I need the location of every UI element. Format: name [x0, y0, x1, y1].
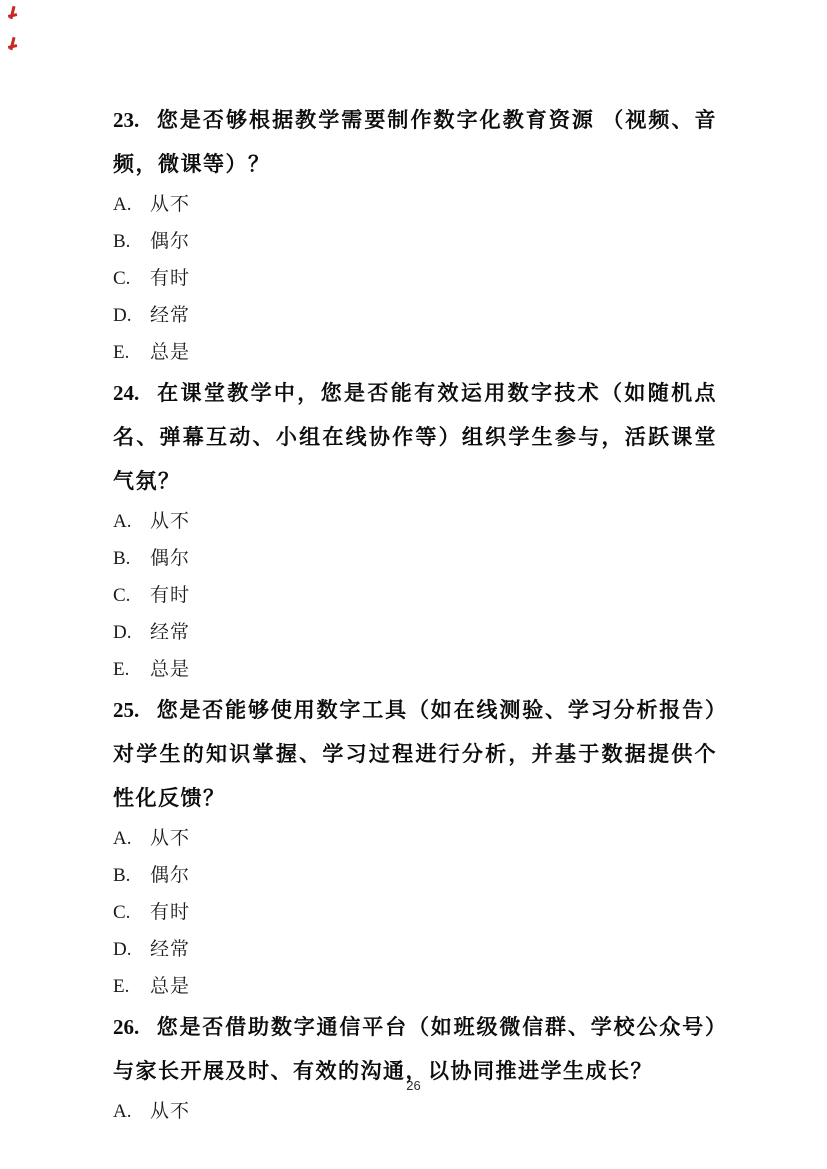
answer-option: A.从不 — [113, 503, 717, 540]
option-list: A.从不 B.偶尔 C.有时 D.经常 E.总是 — [113, 186, 717, 371]
question-block: 23.您是否够根据教学需要制作数字化教育资源 （视频、音频，微课等）？ A.从不… — [113, 98, 717, 371]
question-text: 24.在课堂教学中，您是否能有效运用数字技术（如随机点名、弹幕互动、小组在线协作… — [113, 371, 717, 503]
question-block: 26.您是否借助数字通信平台（如班级微信群、学校公众号）与家长开展及时、有效的沟… — [113, 1005, 717, 1130]
option-letter: D. — [113, 614, 150, 651]
answer-option: E.总是 — [113, 651, 717, 688]
answer-option: B.偶尔 — [113, 540, 717, 577]
option-letter: A. — [113, 186, 150, 223]
answer-option: C.有时 — [113, 894, 717, 931]
red-pen-mark — [6, 5, 20, 21]
option-label: 偶尔 — [150, 231, 190, 252]
option-letter: E. — [113, 334, 150, 371]
option-label: 经常 — [150, 622, 190, 643]
option-letter: A. — [113, 1093, 150, 1130]
question-block: 25.您是否能够使用数字工具（如在线测验、学习分析报告）对学生的知识掌握、学习过… — [113, 688, 717, 1005]
option-list: A.从不 B.偶尔 C.有时 D.经常 E.总是 — [113, 820, 717, 1005]
answer-option: D.经常 — [113, 297, 717, 334]
option-label: 总是 — [150, 659, 190, 680]
question-body: 在课堂教学中，您是否能有效运用数字技术（如随机点名、弹幕互动、小组在线协作等）组… — [113, 381, 717, 493]
option-label: 经常 — [150, 939, 190, 960]
answer-option: B.偶尔 — [113, 857, 717, 894]
page-number: 26 — [0, 1078, 827, 1093]
option-letter: A. — [113, 820, 150, 857]
option-label: 偶尔 — [150, 865, 190, 886]
question-number: 25. — [113, 698, 139, 722]
option-letter: B. — [113, 857, 150, 894]
option-letter: D. — [113, 931, 150, 968]
option-label: 有时 — [150, 268, 190, 289]
question-body: 您是否能够使用数字工具（如在线测验、学习分析报告）对学生的知识掌握、学习过程进行… — [113, 698, 717, 810]
option-label: 有时 — [150, 902, 190, 923]
answer-option: E.总是 — [113, 334, 717, 371]
document-page: 23.您是否够根据教学需要制作数字化教育资源 （视频、音频，微课等）？ A.从不… — [0, 0, 827, 1169]
question-number: 24. — [113, 381, 139, 405]
option-label: 有时 — [150, 585, 190, 606]
option-list: A.从不 B.偶尔 C.有时 D.经常 E.总是 — [113, 503, 717, 688]
question-body: 您是否够根据教学需要制作数字化教育资源 （视频、音频，微课等）？ — [113, 108, 717, 176]
option-label: 从不 — [150, 194, 190, 215]
question-block: 24.在课堂教学中，您是否能有效运用数字技术（如随机点名、弹幕互动、小组在线协作… — [113, 371, 717, 688]
questionnaire-content: 23.您是否够根据教学需要制作数字化教育资源 （视频、音频，微课等）？ A.从不… — [113, 98, 717, 1130]
question-number: 23. — [113, 108, 139, 132]
answer-option: A.从不 — [113, 1093, 717, 1130]
option-label: 总是 — [150, 342, 190, 363]
option-label: 从不 — [150, 828, 190, 849]
answer-option: A.从不 — [113, 820, 717, 857]
option-list: A.从不 — [113, 1093, 717, 1130]
answer-option: C.有时 — [113, 577, 717, 614]
option-letter: A. — [113, 503, 150, 540]
red-pen-mark — [6, 36, 20, 52]
answer-option: E.总是 — [113, 968, 717, 1005]
option-label: 偶尔 — [150, 548, 190, 569]
option-letter: C. — [113, 260, 150, 297]
option-letter: B. — [113, 223, 150, 260]
option-label: 经常 — [150, 305, 190, 326]
option-label: 从不 — [150, 1101, 190, 1122]
answer-option: D.经常 — [113, 931, 717, 968]
option-letter: C. — [113, 577, 150, 614]
answer-option: B.偶尔 — [113, 223, 717, 260]
answer-option: D.经常 — [113, 614, 717, 651]
question-body: 您是否借助数字通信平台（如班级微信群、学校公众号）与家长开展及时、有效的沟通，以… — [113, 1015, 717, 1083]
option-letter: C. — [113, 894, 150, 931]
question-text: 23.您是否够根据教学需要制作数字化教育资源 （视频、音频，微课等）？ — [113, 98, 717, 186]
option-letter: D. — [113, 297, 150, 334]
option-letter: B. — [113, 540, 150, 577]
option-label: 从不 — [150, 511, 190, 532]
question-text: 25.您是否能够使用数字工具（如在线测验、学习分析报告）对学生的知识掌握、学习过… — [113, 688, 717, 820]
option-letter: E. — [113, 651, 150, 688]
option-letter: E. — [113, 968, 150, 1005]
answer-option: A.从不 — [113, 186, 717, 223]
option-label: 总是 — [150, 976, 190, 997]
question-number: 26. — [113, 1015, 139, 1039]
answer-option: C.有时 — [113, 260, 717, 297]
